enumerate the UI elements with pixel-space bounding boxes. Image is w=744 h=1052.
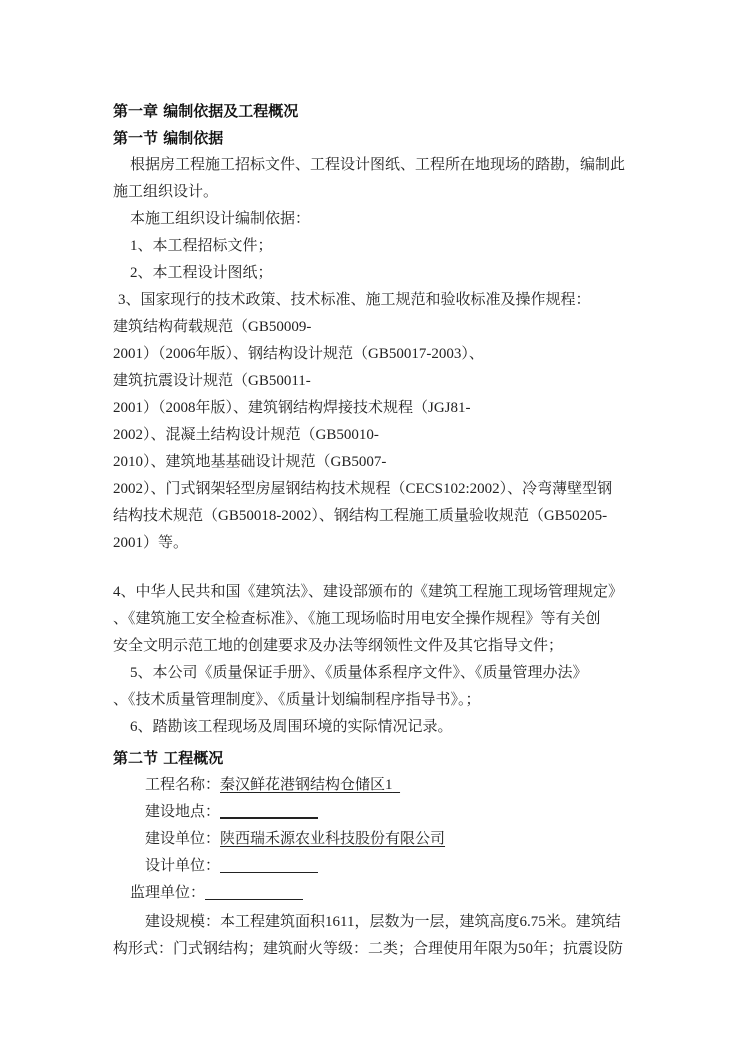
field-label: 工程名称： [145, 777, 220, 793]
list-item: 安全文明示范工地的创建要求及办法等纲领性文件及其它指导文件； [113, 633, 633, 660]
field-project-name: 工程名称：秦汉鲜花港钢结构仓储区1 [113, 772, 633, 799]
field-owner: 建设单位：陕西瑞禾源农业科技股份有限公司 [113, 826, 633, 853]
field-value-designer [220, 856, 318, 873]
standards-line: 2002）、混凝土结构设计规范（GB50010- [113, 422, 633, 449]
document-page: 第一章 编制依据及工程概况 第一节 编制依据 根据房工程施工招标文件、工程设计图… [113, 98, 633, 963]
field-value-supervisor [205, 883, 303, 900]
paragraph-line: 施工组织设计。 [113, 179, 633, 206]
list-item: 、《建筑施工安全检查标准》、《施工现场临时用电安全操作规程》等有关创 [113, 606, 633, 633]
paragraph-line: 建设规模：本工程建筑面积1611，层数为一层，建筑高度6.75米。建筑结 [113, 909, 633, 936]
field-value-location [220, 801, 318, 819]
chapter-title: 第一章 编制依据及工程概况 [113, 98, 633, 125]
field-label: 建设地点： [145, 804, 220, 820]
list-item: 5、本公司《质量保证手册》、《质量体系程序文件》、《质量管理办法》 [113, 660, 633, 687]
field-value-owner: 陕西瑞禾源农业科技股份有限公司 [220, 831, 445, 847]
list-item: 1、本工程招标文件； [113, 233, 633, 260]
list-item: 6、踏勘该工程现场及周围环境的实际情况记录。 [113, 714, 633, 741]
field-label: 监理单位： [130, 885, 205, 901]
standards-line: 2001）等。 [113, 530, 633, 557]
paragraph-line: 根据房工程施工招标文件、工程设计图纸、工程所在地现场的踏勘，编制此 [113, 152, 633, 179]
underline-pad [393, 777, 401, 793]
standards-line: 2010）、建筑地基基础设计规范（GB5007- [113, 449, 633, 476]
list-item: 、《技术质量管理制度》、《质量计划编制程序指导书》。； [113, 687, 633, 714]
list-item: 2、本工程设计图纸； [113, 260, 633, 287]
section-title-basis: 第一节 编制依据 [113, 125, 633, 152]
basis-heading: 本施工组织设计编制依据： [113, 206, 633, 233]
standards-line: 2001）（2008年版）、建筑钢结构焊接技术规程（JGJ81- [113, 395, 633, 422]
field-label: 设计单位： [145, 858, 220, 874]
list-item: 4、中华人民共和国《建筑法》、建设部颁布的《建筑工程施工现场管理规定》 [113, 579, 633, 606]
field-location: 建设地点： [113, 799, 633, 826]
field-supervisor: 监理单位： [113, 880, 633, 907]
standards-line: 结构技术规范（GB50018-2002）、钢结构工程施工质量验收规范（GB502… [113, 503, 633, 530]
standards-line: 建筑结构荷载规范（GB50009- [113, 314, 633, 341]
field-label: 建设单位： [145, 831, 220, 847]
standards-line: 2001）（2006年版）、钢结构设计规范（GB50017-2003）、 [113, 341, 633, 368]
paragraph-line: 构形式：门式钢结构；建筑耐火等级：二类；合理使用年限为50年；抗震设防 [113, 936, 633, 963]
list-item: 3、国家现行的技术政策、技术标准、施工规范和验收标准及操作规程： [113, 287, 633, 314]
standards-line: 2002）、门式钢架轻型房屋钢结构技术规程（CECS102:2002）、冷弯薄壁… [113, 476, 633, 503]
blank-line [113, 557, 633, 579]
section-title-overview: 第二节 工程概况 [113, 745, 633, 772]
field-designer: 设计单位： [113, 853, 633, 880]
standards-line: 建筑抗震设计规范（GB50011- [113, 368, 633, 395]
field-value-project-name: 秦汉鲜花港钢结构仓储区1 [220, 777, 393, 793]
